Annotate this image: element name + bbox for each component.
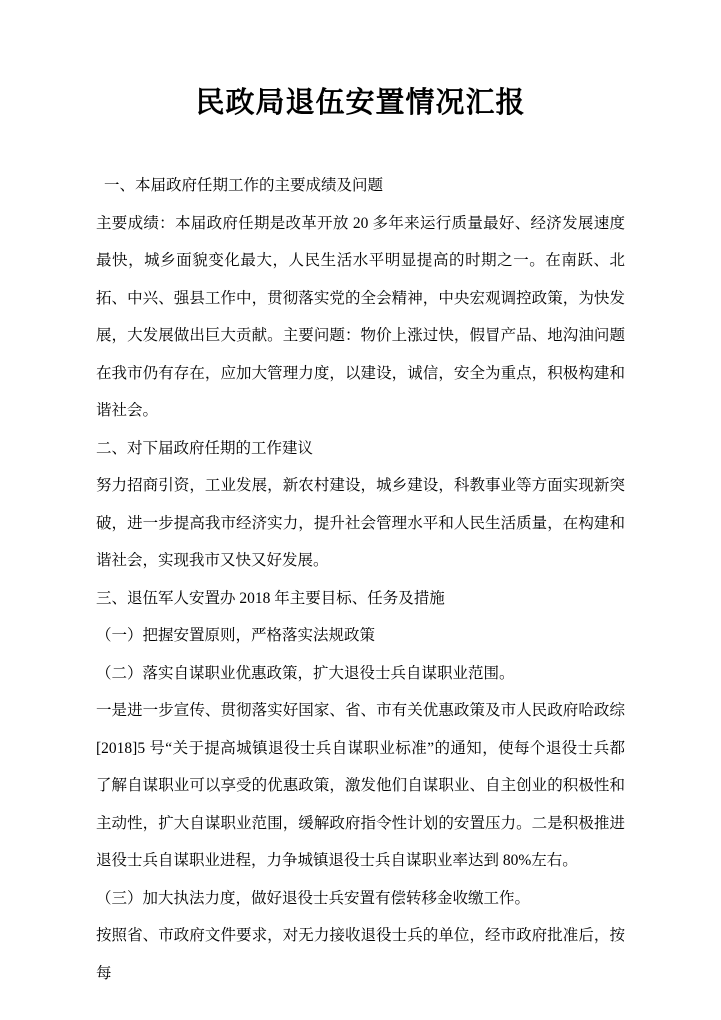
document-title: 民政局退伍安置情况汇报 [96,83,625,123]
paragraph-work-suggestions: 努力招商引资，工业发展，新农村建设，城乡建设，科教事业等方面实现新突破，进一步提… [96,467,625,580]
section-heading-2: 二、对下届政府任期的工作建议 [96,430,625,468]
paragraph-achievements-and-problems: 主要成绩：本届政府任期是改革开放 20 多年来运行质量最好、经济发展速度最快，城… [96,205,625,430]
subsection-heading-2: （二）落实自谋职业优惠政策，扩大退役士兵自谋职业范围。 [96,655,625,693]
section-heading-3: 三、退伍军人安置办 2018 年主要目标、任务及措施 [96,580,625,618]
section-heading-1: 一、本届政府任期工作的主要成绩及问题 [96,167,625,205]
subsection-heading-1: （一）把握安置原则，严格落实法规政策 [96,617,625,655]
document-page: 民政局退伍安置情况汇报 一、本届政府任期工作的主要成绩及问题 主要成绩：本届政府… [0,0,721,1020]
subsection-heading-3: （三）加大执法力度，做好退役士兵安置有偿转移金收缴工作。 [96,880,625,918]
paragraph-transfer-fee-collection: 按照省、市政府文件要求，对无力接收退役士兵的单位，经市政府批准后，按每 [96,917,625,992]
paragraph-self-employment-policy: 一是进一步宣传、贯彻落实好国家、省、市有关优惠政策及市人民政府哈政综[2018]… [96,692,625,880]
